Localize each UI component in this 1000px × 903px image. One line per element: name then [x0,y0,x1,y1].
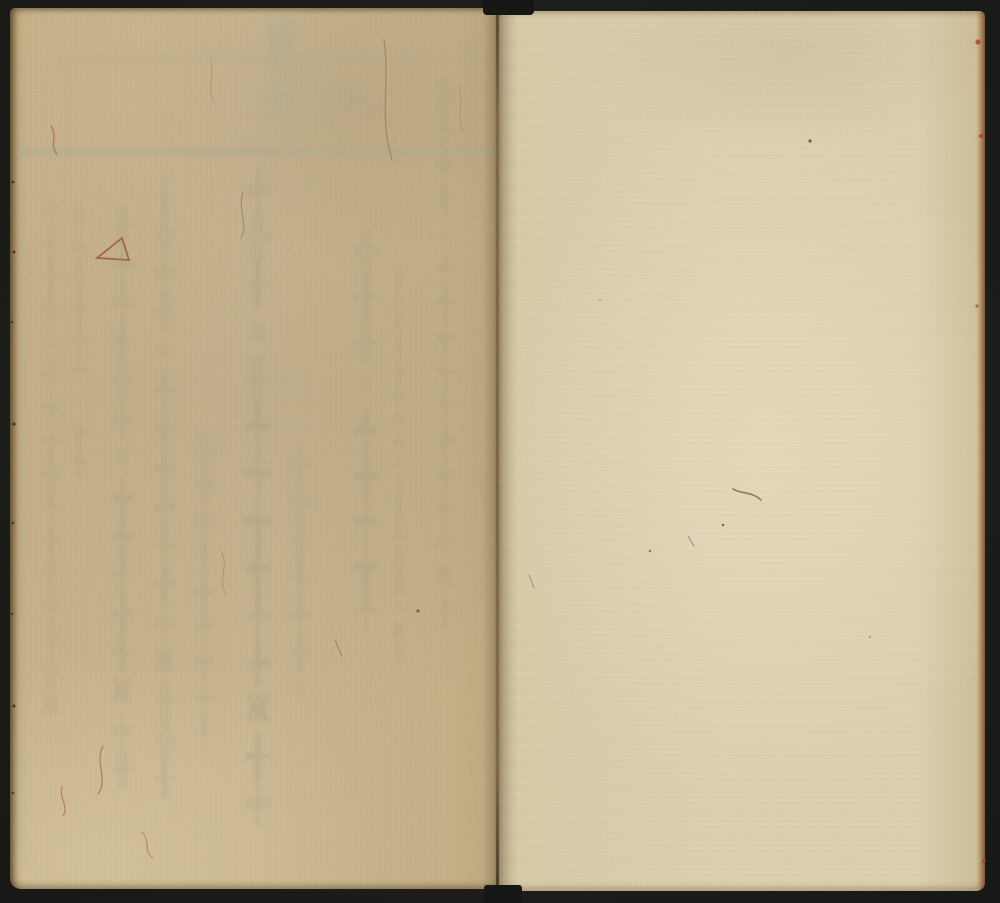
bleed-column: ╂╬╪╫♯╇╋╈┿╀╉╪Ж╫╬╂ [140,176,174,799]
gutter-line [496,8,499,891]
fore-edge [977,11,985,891]
spine-notch-bottom [484,885,522,903]
bleed-column: ╫╪╬╂╋╇╈┿╀╉╊╪╫╬♯Ж╂ [384,266,405,667]
right-page-paper-texture [498,11,985,891]
bleedthrough-frame-line [472,38,475,638]
bleed-column: ╬╪╫╂╇┿♯╈╋ [60,203,87,479]
bleedthrough-text-layer: ╪╫╂╬♯ ╇┿╈╋╀╉╊ ╪╫╬Ж╬╪╫╂╇┿♯╈╋╫╇╪╂╬┿♯╈╉╀╋╊Ж… [10,8,498,889]
left-page-binding-edge [10,8,20,889]
bleed-column: ╫╇╪╂╬┿♯╈╉╀╋╊Ж╪╫ [98,206,132,790]
bleedthrough-frame-line [268,20,294,72]
book-photo: ╪╫╂╬♯ ╇┿╈╋╀╉╊ ╪╫╬Ж╬╪╫╂╇┿♯╈╋╫╇╪╂╬┿♯╈╉╀╋╊Ж… [0,0,1000,903]
right-gutter-shadow [498,11,518,891]
bleed-column: ╪╬╂♯╫╇┿╈╋╀╉Ж╊╪ [228,168,270,829]
bleed-column: ╬╂ ╫♯╇ ╋┿╈╀ [338,230,378,633]
bleed-column: ╫╬╪╂╋╇╈┿╀ [182,433,213,752]
left-page: ╪╫╂╬♯ ╇┿╈╋╀╉╊ ╪╫╬Ж╬╪╫╂╇┿♯╈╋╫╇╪╂╬┿♯╈╉╀╋╊Ж… [10,8,498,889]
bleedthrough-frame-line [23,60,26,868]
right-page [498,11,985,891]
spine-notch-top [483,0,534,15]
bleed-column: ╪╫╂╬♯ ╇┿╈╋╀╉╊ ╪╫╬Ж [30,193,59,722]
bleedthrough-frame-line [270,80,292,120]
bleed-column: ╪╬╫╂╇╋♯ [276,446,309,710]
bleed-column: ╬╫╪╂♯╇╋ ╈┿╀╉╪╫ ╬Ж╂ [424,80,454,628]
